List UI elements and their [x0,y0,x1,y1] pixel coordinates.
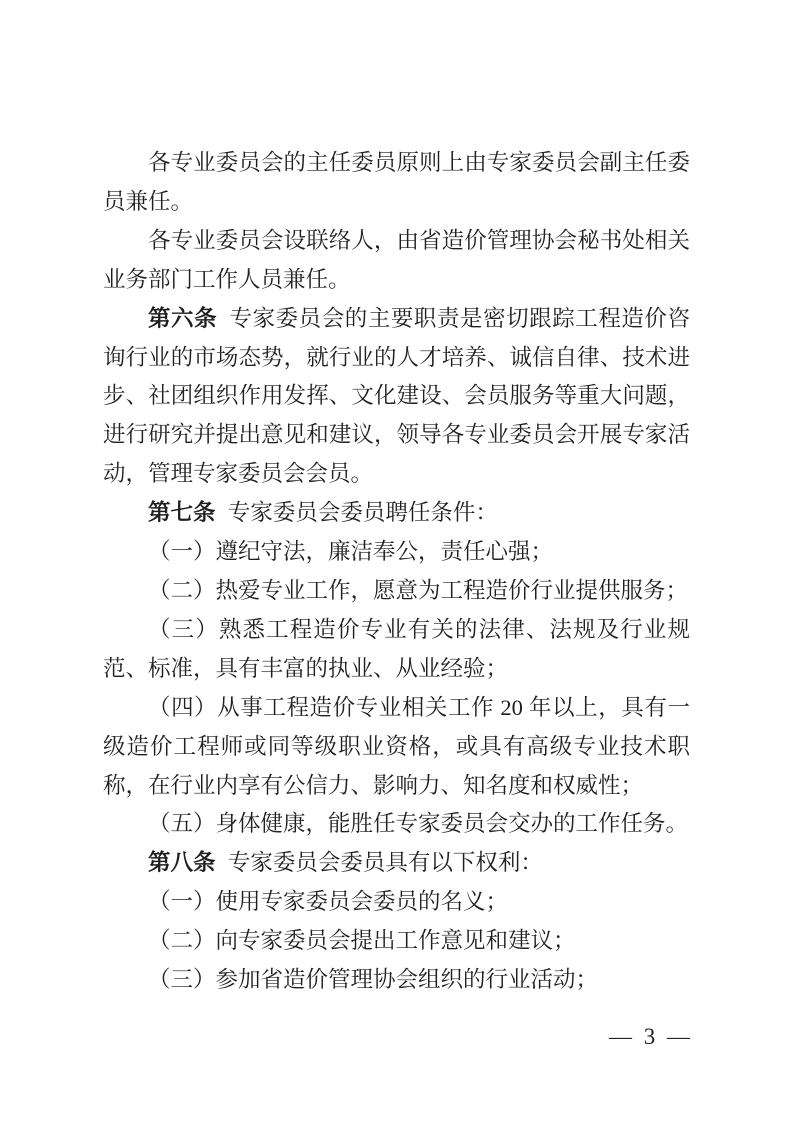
paragraph-text: （四）从事工程造价专业相关工作 20 年以上，具有一级造价工程师或同等级职业资格… [103,695,690,798]
list-item: （二）向专家委员会提出工作意见和建议； [103,922,690,961]
paragraph: 各专业委员会设联络人，由省造价管理协会秘书处相关业务部门工作人员兼任。 [103,222,690,300]
paragraph-article-7: 第七条专家委员会委员聘任条件： [103,494,690,533]
article-number: 第六条 [148,306,217,331]
list-item: （三）熟悉工程造价专业有关的法律、法规及行业规范、标准，具有丰富的执业、从业经验… [103,611,690,689]
paragraph-text: 专家委员会委员具有以下权利： [228,850,543,875]
paragraph-text: （一）使用专家委员会委员的名义； [148,889,508,914]
paragraph-text: （三）熟悉工程造价专业有关的法律、法规及行业规范、标准，具有丰富的执业、从业经验… [103,617,690,681]
list-item: （一）遵纪守法，廉洁奉公，责任心强； [103,533,690,572]
paragraph-text: （二）热爱专业工作，愿意为工程造价行业提供服务； [148,578,688,603]
paragraph-text: （五）身体健康，能胜任专家委员会交办的工作任务。 [148,811,688,836]
article-number: 第八条 [148,850,216,875]
paragraph-text: 专家委员会的主要职责是密切跟踪工程造价咨询行业的市场态势，就行业的人才培养、诚信… [103,306,690,487]
paragraph-text: （三）参加省造价管理协会组织的行业活动； [148,967,598,992]
paragraph-article-6: 第六条专家委员会的主要职责是密切跟踪工程造价咨询行业的市场态势，就行业的人才培养… [103,300,690,495]
list-item: （三）参加省造价管理协会组织的行业活动； [103,961,690,1000]
document-content: 各专业委员会的主任委员原则上由专家委员会副主任委员兼任。 各专业委员会设联络人，… [103,144,690,1000]
list-item: （四）从事工程造价专业相关工作 20 年以上，具有一级造价工程师或同等级职业资格… [103,689,690,806]
paragraph-text: （一）遵纪守法，廉洁奉公，责任心强； [148,539,553,564]
article-number: 第七条 [148,500,216,525]
page-number: — 3 — [609,1024,693,1050]
paragraph: 各专业委员会的主任委员原则上由专家委员会副主任委员兼任。 [103,144,690,222]
list-item: （二）热爱专业工作，愿意为工程造价行业提供服务； [103,572,690,611]
paragraph-text: 各专业委员会的主任委员原则上由专家委员会副主任委员兼任。 [103,150,690,214]
paragraph-article-8: 第八条专家委员会委员具有以下权利： [103,844,690,883]
list-item: （一）使用专家委员会委员的名义； [103,883,690,922]
list-item: （五）身体健康，能胜任专家委员会交办的工作任务。 [103,805,690,844]
paragraph-text: 各专业委员会设联络人，由省造价管理协会秘书处相关业务部门工作人员兼任。 [103,228,690,292]
document-page: 各专业委员会的主任委员原则上由专家委员会副主任委员兼任。 各专业委员会设联络人，… [0,0,793,1122]
paragraph-text: （二）向专家委员会提出工作意见和建议； [148,928,576,953]
paragraph-text: 专家委员会委员聘任条件： [228,500,498,525]
